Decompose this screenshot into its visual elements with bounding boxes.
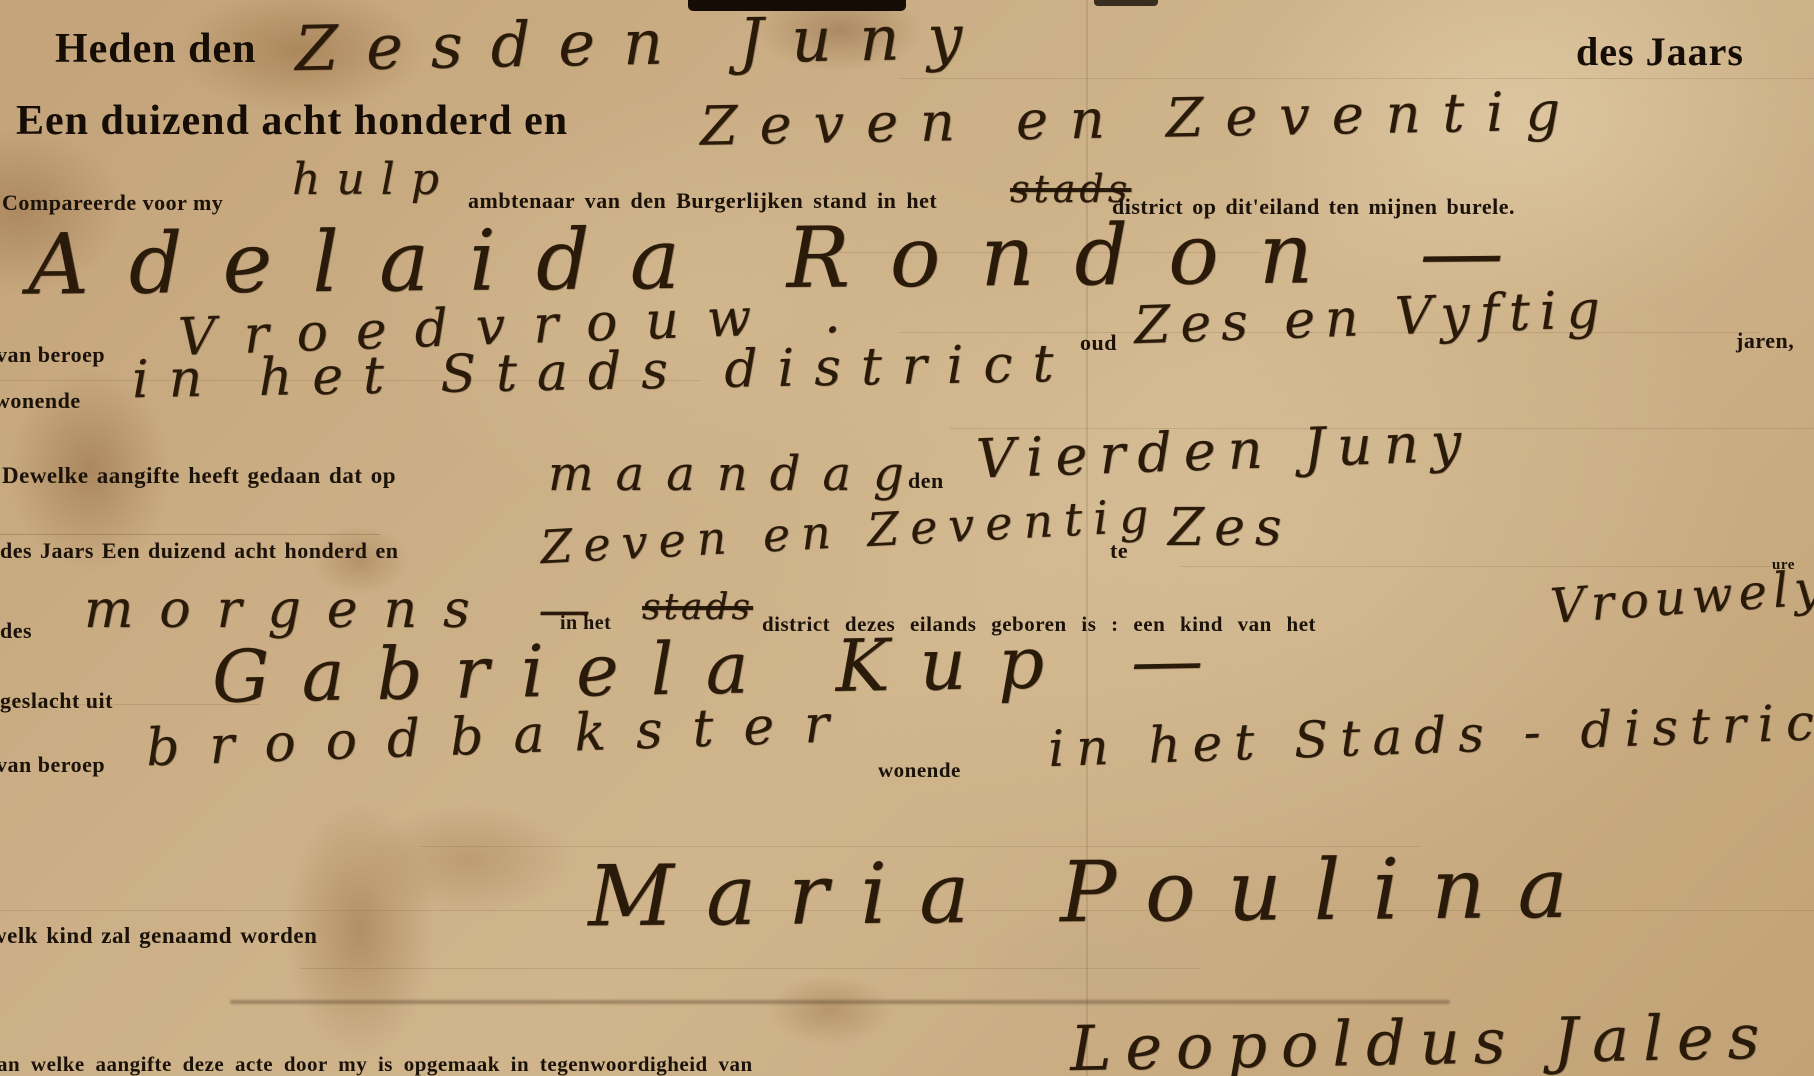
handwritten-stads-2: stads — [642, 590, 753, 626]
printed-dewelke: Dewelke aangifte heeft gedaan dat op — [2, 464, 396, 487]
handwritten-hulp: hulp — [292, 158, 455, 202]
printed-witnesses-prefix: van welke aangifte deze acte door my is … — [0, 1054, 753, 1075]
printed-wonende-1: wonende — [0, 390, 81, 412]
handwritten-birth-day-month: Vierden Juny — [975, 415, 1474, 486]
handwritten-year: Zeven en Zeventig — [700, 84, 1583, 153]
printed-te: te — [1110, 540, 1128, 562]
printed-wonende-2: wonende — [878, 760, 961, 781]
printed-van-beroep-1: van beroep — [0, 344, 105, 366]
ruled-line — [300, 968, 1200, 969]
printed-compareerde: Compareerde voor my — [2, 192, 223, 214]
printed-birth-year-prefix: des Jaars Een duizend acht honderd en — [0, 540, 398, 562]
printed-des-jaars: des Jaars — [1576, 32, 1744, 72]
handwritten-day-month: Zesden Juny — [295, 6, 991, 80]
printed-year-prefix: Een duizend acht honderd en — [16, 100, 568, 142]
printed-oud: oud — [1080, 332, 1117, 354]
handwritten-child-sex: Vrouwelyk — [1549, 561, 1814, 631]
scan-artifact — [1094, 0, 1158, 6]
handwritten-birth-hour: Zes — [1168, 502, 1292, 554]
ruled-line — [900, 78, 1814, 79]
handwritten-mother-residence: in het Stads - district — [1047, 696, 1814, 774]
printed-van-beroep-2: van beroep — [0, 754, 105, 776]
printed-den: den — [908, 470, 944, 492]
handwritten-witness-name: Leopoldus Jales — [1070, 1006, 1774, 1076]
printed-welk-kind: welk kind zal genaamd worden — [0, 924, 317, 947]
printed-heden-den: Heden den — [55, 28, 257, 70]
document-page: Heden den Zesden Juny des Jaars Een duiz… — [0, 0, 1814, 1076]
ink-smear — [230, 1000, 1450, 1004]
printed-geslacht-uit: geslacht uit — [0, 690, 113, 712]
handwritten-weekday: maandag — [548, 450, 926, 498]
handwritten-declarant-age: Zes en Vyftig — [1133, 284, 1610, 353]
printed-des: des — [0, 620, 32, 642]
handwritten-time-of-day: morgens — — [84, 584, 616, 636]
handwritten-declarant-residence: in het Stads district — [132, 338, 1074, 406]
handwritten-child-name: Maria Poulina — [588, 846, 1600, 939]
ruled-line — [1180, 566, 1770, 567]
handwritten-birth-year: Zeven en Zeventig — [539, 492, 1160, 570]
printed-jaren: jaren, — [1736, 330, 1794, 352]
ruled-line — [0, 534, 380, 535]
